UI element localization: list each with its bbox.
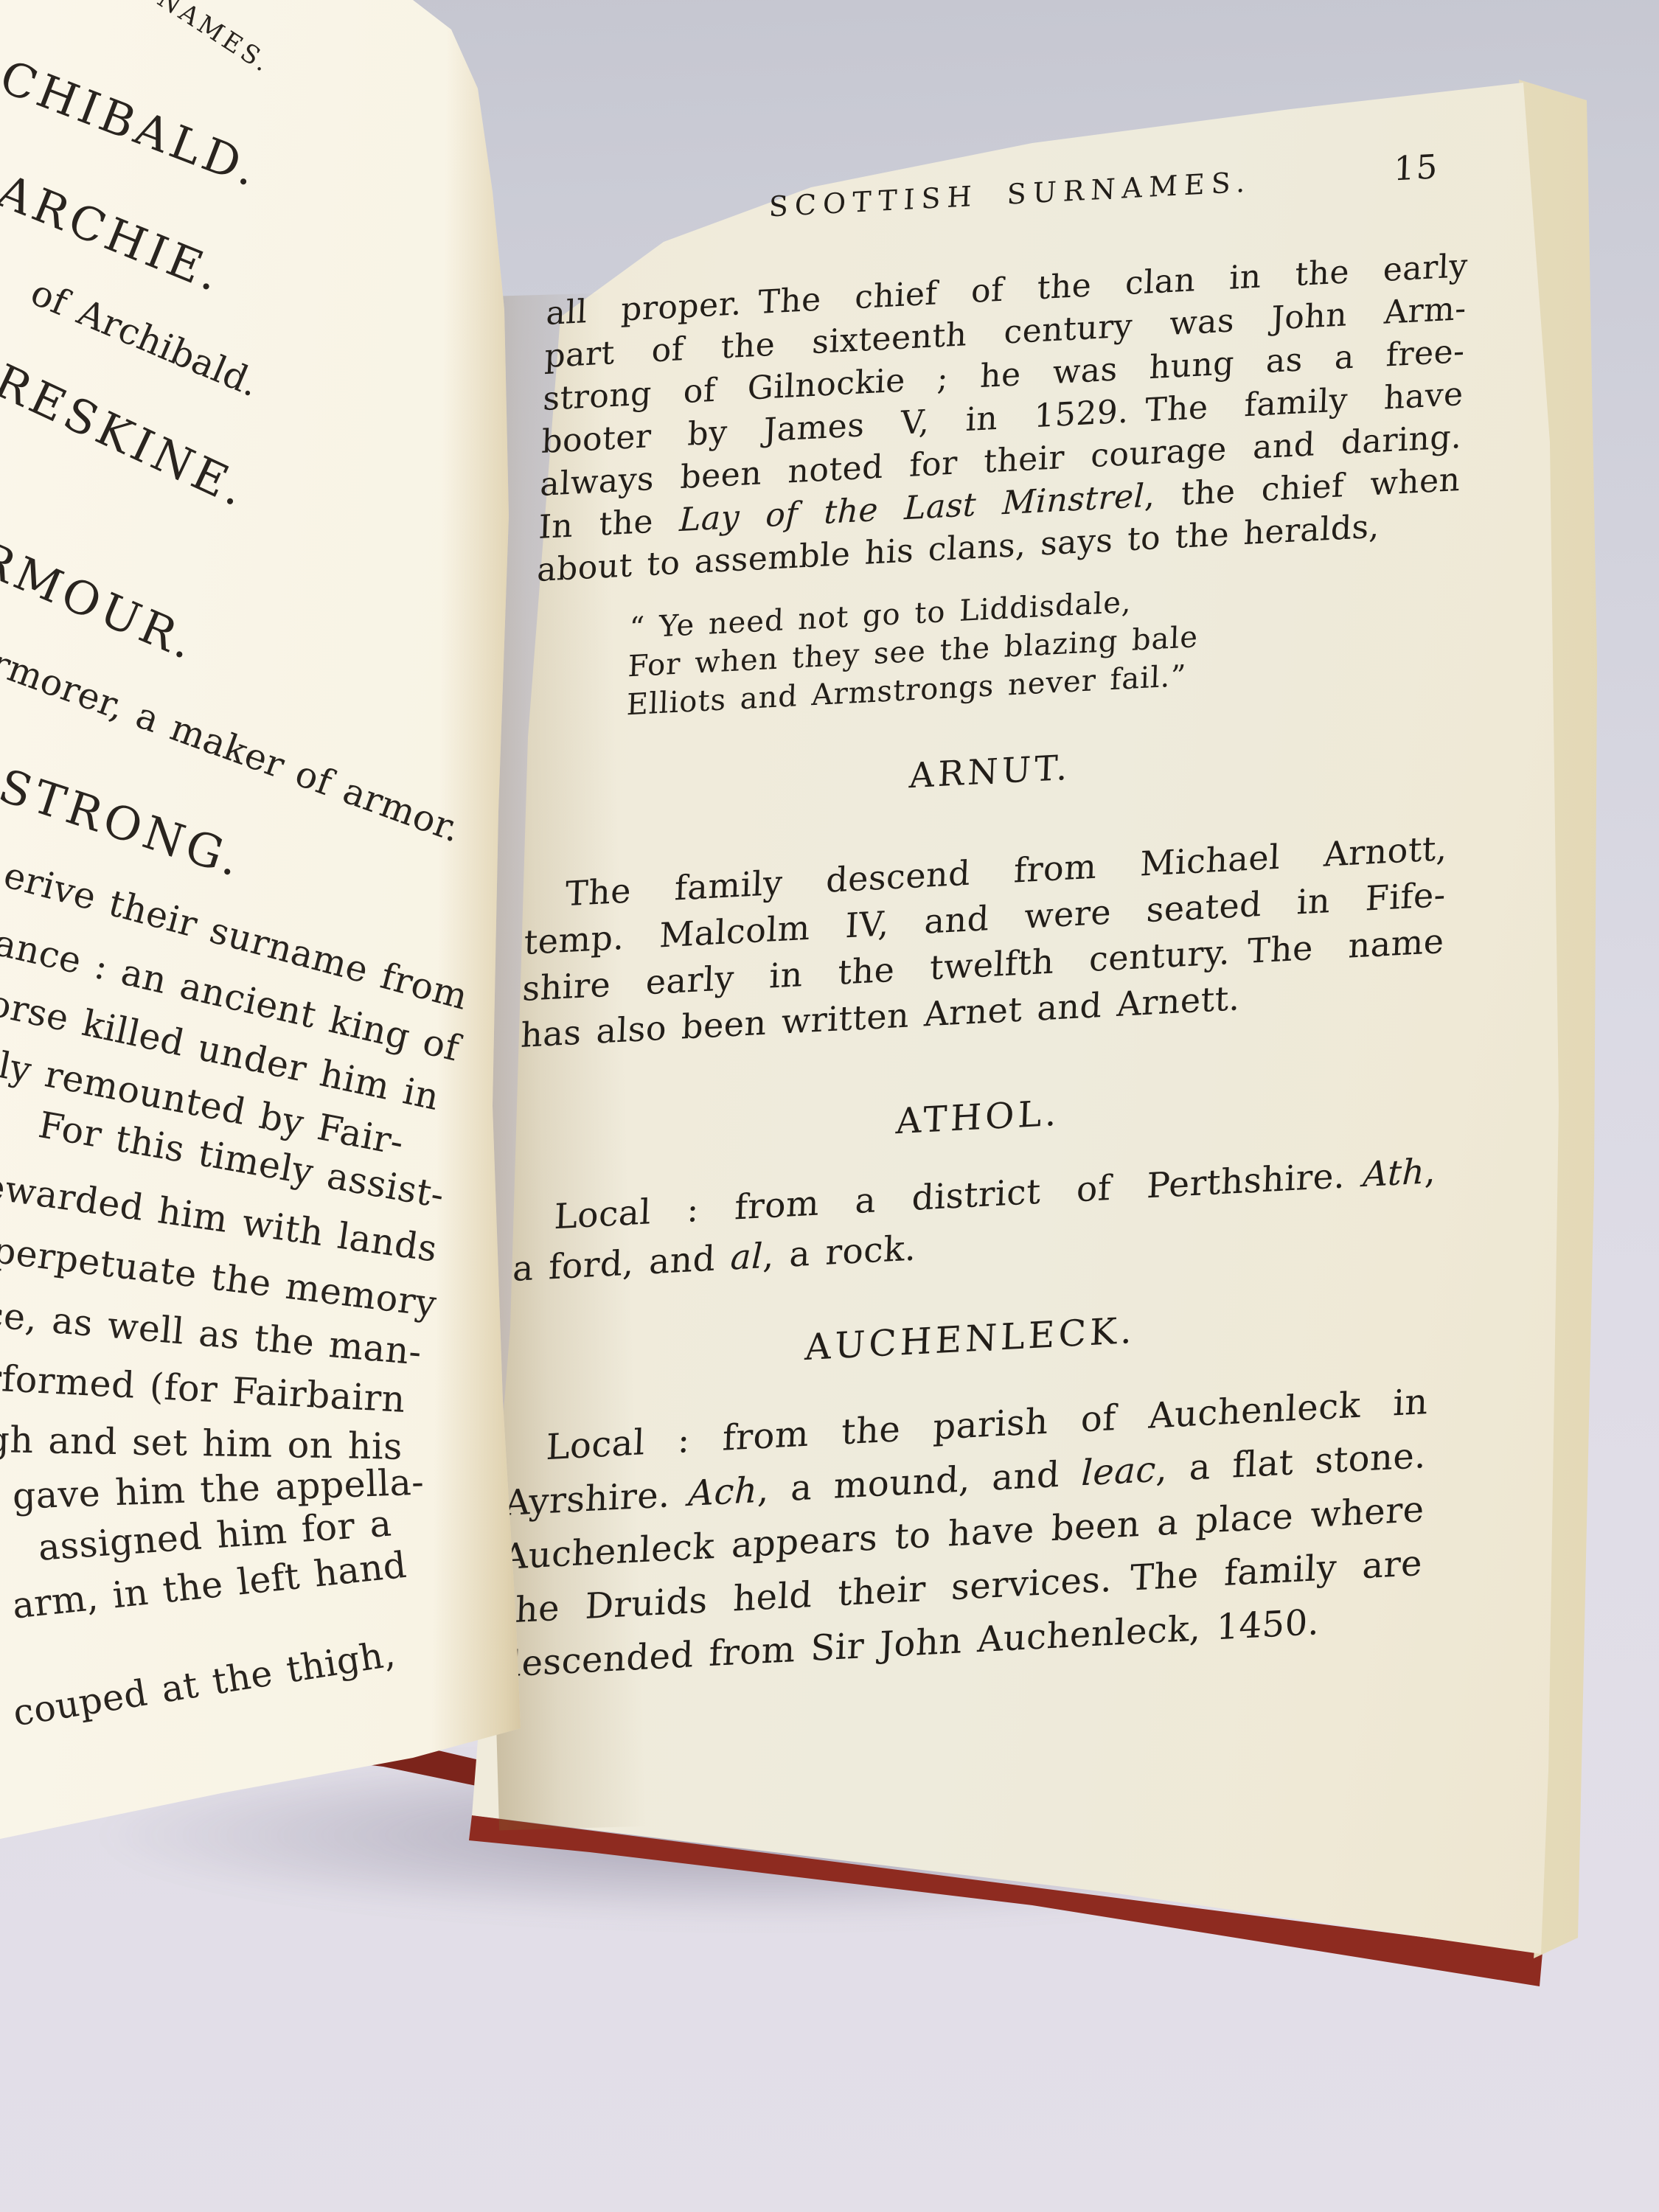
section-heading-arnut: ARNUT. <box>529 728 1452 816</box>
verse-quote: “ Ye need not go to Liddisdale,For when … <box>626 571 1352 724</box>
open-book-photo: SCOTTISH SURNAMES. 15 all proper. The ch… <box>0 0 1659 2212</box>
left-page-running-header-fragment: NAMES. <box>152 0 277 80</box>
left-page-text-fragment: gh and set him on his <box>0 1419 403 1468</box>
intro-paragraph: all proper. The chief of the clan in the… <box>536 245 1468 592</box>
right-page-text: SCOTTISH SURNAMES. 15 all proper. The ch… <box>495 173 1472 1770</box>
left-page-heading-armour: ARMOUR. <box>0 516 206 671</box>
section-body-athol: Local : from a district of Perthshire. A… <box>512 1147 1437 1295</box>
page-number: 15 <box>1393 147 1439 188</box>
section-heading-athol: ATHOL. <box>516 1073 1439 1162</box>
section-body-arnut: The family descend from Michael Arnott,t… <box>520 825 1448 1059</box>
left-page-heading-archie: ARCHIE. <box>0 164 232 303</box>
section-heading-auchenleck: AUCHENLECK. <box>509 1294 1432 1384</box>
section-body-auchenleck: Local : from the parish of Auchenleck in… <box>498 1375 1429 1692</box>
